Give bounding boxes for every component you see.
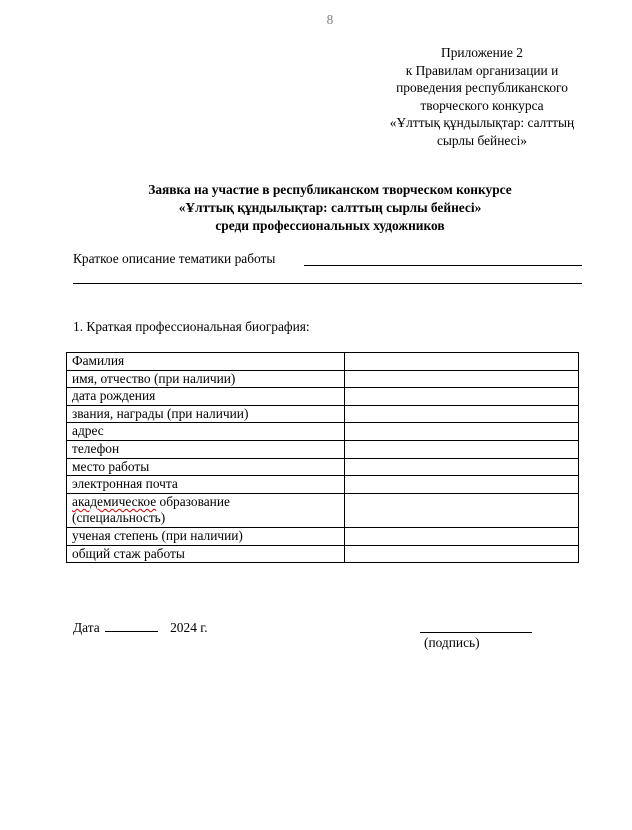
table-row: Фамилия	[67, 353, 579, 371]
row-value-field[interactable]	[345, 353, 579, 371]
table-row: общий стаж работы	[67, 545, 579, 563]
table-row: академическое образование (специальность…	[67, 493, 579, 527]
signature-label: (подпись)	[424, 635, 480, 651]
table-row: адрес	[67, 423, 579, 441]
row-label-text: образование	[156, 494, 230, 509]
table-row: электронная почта	[67, 476, 579, 494]
description-field-line-2[interactable]	[73, 269, 582, 284]
row-label: ученая степень (при наличии)	[67, 527, 345, 545]
table-row: звания, награды (при наличии)	[67, 405, 579, 423]
appendix-line: к Правилам организации и	[376, 62, 588, 80]
row-value-field[interactable]	[345, 527, 579, 545]
date-field[interactable]	[105, 619, 158, 632]
description-field-line-1[interactable]	[304, 251, 582, 266]
row-label: академическое образование (специальность…	[67, 493, 345, 527]
appendix-header: Приложение 2 к Правилам организации и пр…	[376, 44, 588, 150]
row-label: дата рождения	[67, 388, 345, 406]
row-value-field[interactable]	[345, 545, 579, 563]
title-line: Заявка на участие в республиканском твор…	[60, 181, 600, 199]
row-value-field[interactable]	[345, 476, 579, 494]
page-number: 8	[0, 12, 632, 28]
row-label: имя, отчество (при наличии)	[67, 370, 345, 388]
row-label: адрес	[67, 423, 345, 441]
date-year: 2024 г.	[170, 620, 207, 635]
table-row: ученая степень (при наличии)	[67, 527, 579, 545]
row-value-field[interactable]	[345, 370, 579, 388]
appendix-line: проведения республиканского	[376, 79, 588, 97]
row-label-text: (специальность)	[72, 510, 165, 525]
date-line: Дата 2024 г.	[73, 619, 208, 636]
title-line: среди профессиональных художников	[60, 217, 600, 235]
title-line: «Ұлттық құндылықтар: салттың сырлы бейне…	[60, 199, 600, 217]
biography-table: Фамилия имя, отчество (при наличии) дата…	[66, 352, 579, 563]
row-label: телефон	[67, 440, 345, 458]
table-row: дата рождения	[67, 388, 579, 406]
signature-field[interactable]	[420, 632, 532, 633]
description-label: Краткое описание тематики работы	[73, 251, 275, 267]
row-label: общий стаж работы	[67, 545, 345, 563]
row-value-field[interactable]	[345, 423, 579, 441]
row-label: звания, награды (при наличии)	[67, 405, 345, 423]
row-label: место работы	[67, 458, 345, 476]
appendix-line: «Ұлттық құндылықтар: салттың	[376, 114, 588, 132]
row-value-field[interactable]	[345, 493, 579, 527]
row-label: Фамилия	[67, 353, 345, 371]
table-row: телефон	[67, 440, 579, 458]
section-heading: 1. Краткая профессиональная биография:	[73, 319, 310, 335]
appendix-line: творческого конкурса	[376, 97, 588, 115]
spellcheck-flagged-word[interactable]: академическое	[72, 494, 156, 509]
row-value-field[interactable]	[345, 388, 579, 406]
appendix-line: Приложение 2	[376, 44, 588, 62]
date-label: Дата	[73, 620, 100, 635]
table-row: имя, отчество (при наличии)	[67, 370, 579, 388]
row-label: электронная почта	[67, 476, 345, 494]
row-value-field[interactable]	[345, 458, 579, 476]
table-row: место работы	[67, 458, 579, 476]
row-value-field[interactable]	[345, 440, 579, 458]
row-value-field[interactable]	[345, 405, 579, 423]
document-title: Заявка на участие в республиканском твор…	[60, 181, 600, 234]
appendix-line: сырлы бейнесі»	[376, 132, 588, 150]
